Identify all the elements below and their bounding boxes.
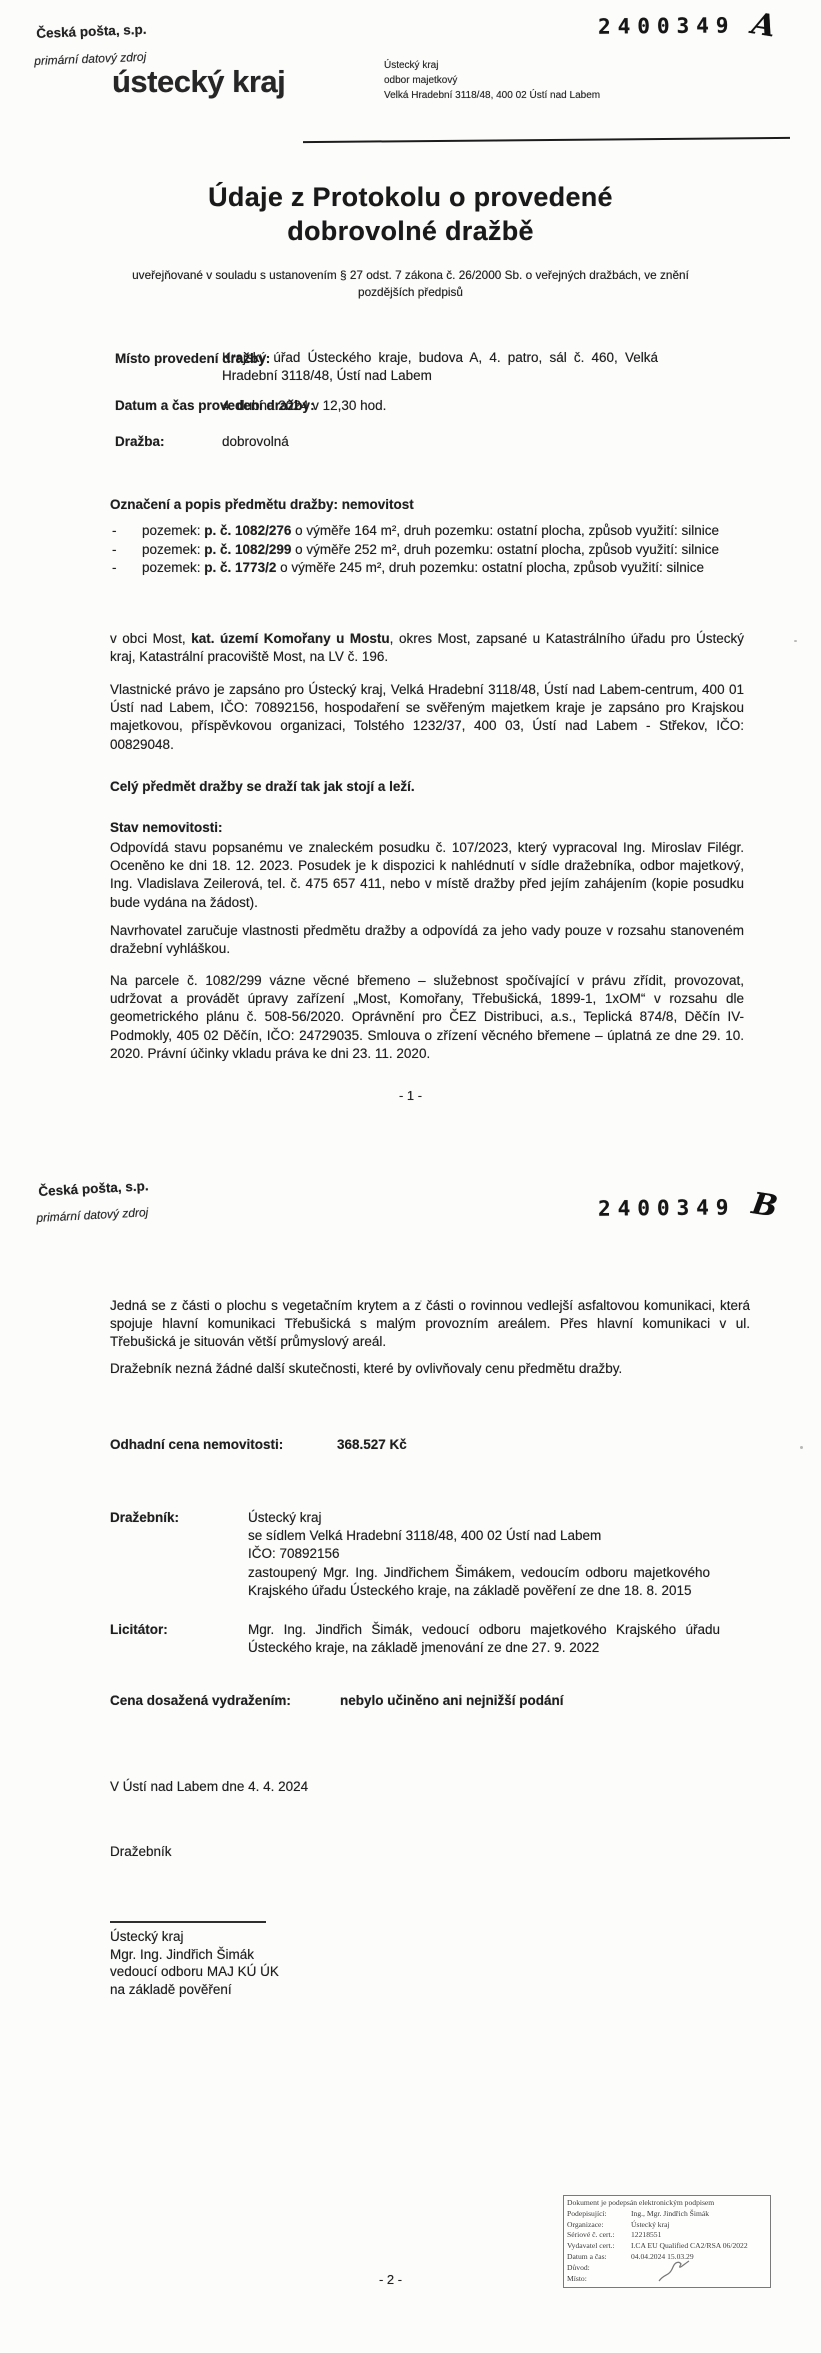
- parcel-2-pre: pozemek:: [142, 542, 204, 557]
- parcel-1-post: o výměře 164 m², druh pozemku: ostatní p…: [291, 523, 719, 538]
- location-cadastral-area: kat. území Komořany u Mostu: [191, 631, 389, 646]
- page2-sender-subtitle: primární datový zdroj: [36, 1205, 149, 1225]
- field-label-auction-type: Dražba:: [115, 434, 165, 449]
- location-pre: v obci Most,: [110, 631, 191, 646]
- page2-number: - 2 -: [0, 2272, 801, 2287]
- cadastral-location-paragraph: v obci Most, kat. území Komořany u Mostu…: [110, 630, 744, 666]
- page2-sender-name: Česká pošta, s.p.: [38, 1178, 149, 1199]
- bullet-dash: -: [112, 522, 142, 540]
- signature-line: [110, 1921, 266, 1923]
- document-title-line1: Údaje z Protokolu o provedené: [0, 180, 821, 214]
- scan-speck: [794, 640, 797, 642]
- list-item: - pozemek: p. č. 1773/2 o výměře 245 m²,…: [112, 559, 744, 577]
- bullet-dash: -: [112, 559, 142, 577]
- parcel-3-post: o výměře 245 m², druh pozemku: ostatní p…: [276, 560, 704, 575]
- parcel-2-number: p. č. 1082/299: [204, 542, 291, 557]
- stamp-row: Sériové č. cert.:12218551: [567, 2230, 767, 2241]
- document-subtitle: uveřejňované v souladu s ustanovením § 2…: [128, 267, 693, 300]
- recipient-line: Ústecký kraj: [384, 58, 600, 73]
- stamp-row-label: Organizace:: [567, 2220, 631, 2231]
- parcel-2-text: pozemek: p. č. 1082/299 o výměře 252 m²,…: [142, 541, 744, 559]
- document-title-line2: dobrovolné dražbě: [0, 214, 821, 248]
- page2-filing-stamp-letter: B: [749, 1186, 780, 1225]
- field-value-auction-type: dobrovolná: [222, 433, 289, 451]
- bullet-dash: -: [112, 541, 142, 559]
- parcel-1-number: p. č. 1082/276: [204, 523, 291, 538]
- page1-filing-stamp-letter: A: [749, 6, 777, 44]
- place-and-date: V Ústí nad Labem dne 4. 4. 2024: [110, 1778, 308, 1796]
- page1-number: - 1 -: [0, 1088, 821, 1103]
- page1-recipient-address: Ústecký kraj odbor majetkový Velká Hrade…: [384, 58, 600, 103]
- signature-title: vedoucí odboru MAJ KÚ ÚK: [110, 1963, 279, 1981]
- easement-paragraph: Na parcele č. 1082/299 vázne věcné břeme…: [110, 972, 744, 1063]
- auctioneer-line: IČO: 70892156: [248, 1545, 710, 1563]
- guarantee-paragraph: Navrhovatel zaručuje vlastnosti předmětu…: [110, 922, 744, 958]
- parcel-3-text: pozemek: p. č. 1773/2 o výměře 245 m², d…: [142, 559, 744, 577]
- signature-person: Mgr. Ing. Jindřich Šimák: [110, 1946, 279, 1964]
- header-divider-line: [303, 137, 790, 143]
- property-description-paragraph: Jedná se z části o plochu s vegetačním k…: [110, 1297, 750, 1352]
- stamp-row: Vydavatel cert.:I.CA EU Qualified CA2/RS…: [567, 2241, 767, 2252]
- auctioneer-line: se sídlem Velká Hradební 3118/48, 400 02…: [248, 1527, 710, 1545]
- field-value-place: Krajský úřad Ústeckého kraje, budova A, …: [222, 349, 658, 385]
- scan-speck: [420, 1300, 422, 1302]
- sold-as-is-statement: Celý předmět dražby se draží tak jak sto…: [110, 778, 415, 796]
- licitator-value: Mgr. Ing. Jindřich Šimák, vedoucí odboru…: [248, 1621, 720, 1657]
- stamp-row: Podepisující:Ing., Mgr. Jindřich Šimák: [567, 2209, 767, 2220]
- stamp-row-label: Vydavatel cert.:: [567, 2241, 631, 2252]
- stamp-row: Organizace:Ústecký kraj: [567, 2220, 767, 2231]
- scanned-auction-protocol: { "page1": { "sender_line1": "Česká pošt…: [0, 0, 821, 2353]
- estimated-price-value: 368.527 Kč: [337, 1436, 407, 1454]
- stamp-row-label: Podepisující:: [567, 2209, 631, 2220]
- parcel-2-post: o výměře 252 m², druh pozemku: ostatní p…: [291, 542, 719, 557]
- stamp-row-value: Ústecký kraj: [631, 2220, 670, 2229]
- estimated-price-label: Odhadní cena nemovitosti:: [110, 1437, 283, 1452]
- stamp-row-label: Sériové č. cert.:: [567, 2230, 631, 2241]
- parcel-3-number: p. č. 1773/2: [204, 560, 276, 575]
- stamp-row-label: Datum a čas:: [567, 2252, 631, 2263]
- page1-sender-name: Česká pošta, s.p.: [36, 22, 147, 41]
- parcel-1-text: pozemek: p. č. 1082/276 o výměře 164 m²,…: [142, 522, 744, 540]
- signature-block: Ústecký kraj Mgr. Ing. Jindřich Šimák ve…: [110, 1928, 279, 1998]
- stamp-row-value: 12218551: [631, 2230, 661, 2239]
- licitator-label: Licitátor:: [110, 1622, 168, 1637]
- stamp-row-value: I.CA EU Qualified CA2/RSA 06/2022: [631, 2241, 748, 2250]
- parcel-list: - pozemek: p. č. 1082/276 o výměře 164 m…: [112, 522, 744, 578]
- signatory-role: Dražebník: [110, 1843, 172, 1861]
- auctioneer-label: Dražebník:: [110, 1510, 179, 1525]
- stamp-row-value: Ing., Mgr. Jindřich Šimák: [631, 2209, 709, 2218]
- page2-filing-stamp-number: 2400349: [598, 1195, 736, 1220]
- no-other-facts-paragraph: Dražebník nezná žádné další skutečnosti,…: [110, 1360, 750, 1378]
- auctioneer-line: Ústecký kraj: [248, 1509, 710, 1527]
- final-price-label: Cena dosažená vydražením:: [110, 1693, 291, 1708]
- recipient-line: Velká Hradební 3118/48, 400 02 Ústí nad …: [384, 88, 600, 103]
- stamp-header: Dokument je podepsán elektronickým podpi…: [567, 2198, 767, 2209]
- list-item: - pozemek: p. č. 1082/299 o výměře 252 m…: [112, 541, 744, 559]
- condition-heading: Stav nemovitosti:: [110, 820, 223, 835]
- list-item: - pozemek: p. č. 1082/276 o výměře 164 m…: [112, 522, 744, 540]
- ustecky-kraj-logo: ústecký kraj: [112, 64, 285, 100]
- page1-filing-stamp-number: 2400349: [598, 13, 736, 38]
- recipient-line: odbor majetkový: [384, 73, 600, 88]
- auctioneer-details: Ústecký kraj se sídlem Velká Hradební 31…: [248, 1509, 710, 1600]
- signature-org: Ústecký kraj: [110, 1928, 279, 1946]
- field-value-datetime: 4. dubna 2024 v 12,30 hod.: [222, 397, 386, 415]
- parcel-3-pre: pozemek:: [142, 560, 204, 575]
- condition-paragraph: Odpovídá stavu popsanému ve znaleckém po…: [110, 839, 744, 912]
- parcel-1-pre: pozemek:: [142, 523, 204, 538]
- scan-speck: [800, 1446, 803, 1449]
- subject-heading: Označení a popis předmětu dražby: nemovi…: [110, 497, 414, 512]
- final-price-value: nebylo učiněno ani nejnižší podání: [340, 1692, 564, 1710]
- auctioneer-representative: zastoupený Mgr. Ing. Jindřichem Šimákem,…: [248, 1564, 710, 1600]
- ownership-paragraph: Vlastnické právo je zapsáno pro Ústecký …: [110, 681, 744, 754]
- signature-authority: na základě pověření: [110, 1981, 279, 1999]
